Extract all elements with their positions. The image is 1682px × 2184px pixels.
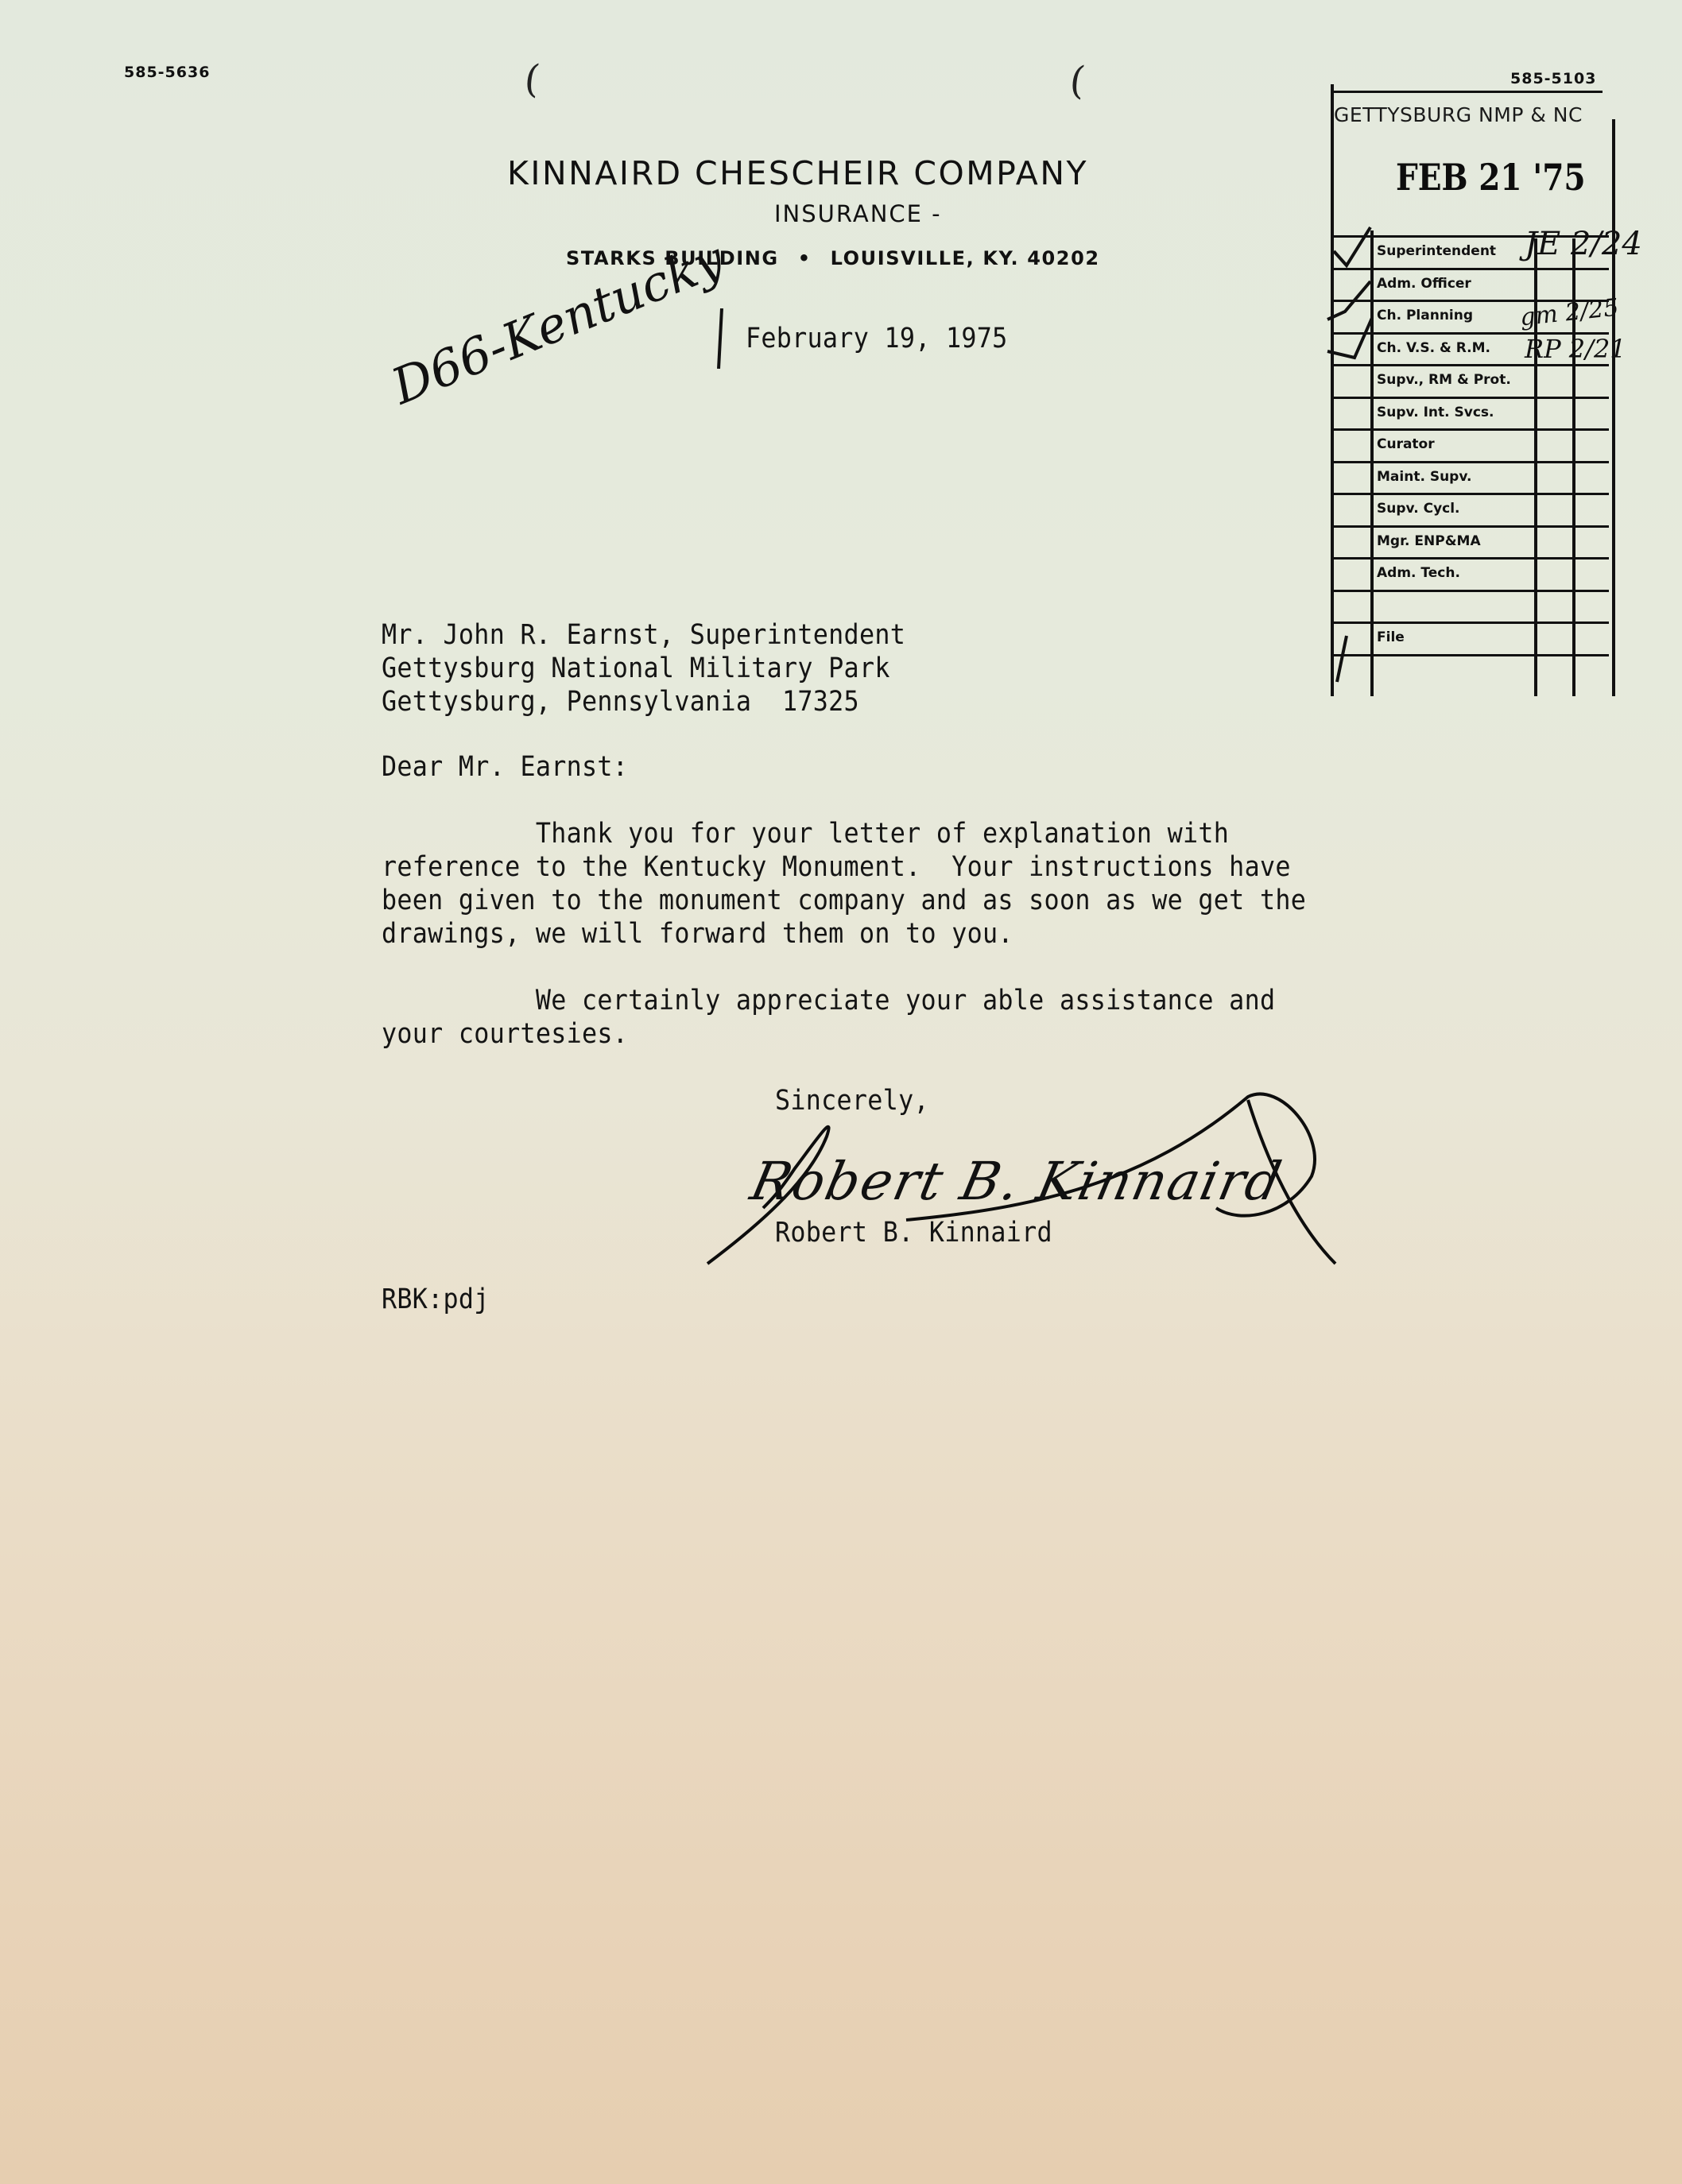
- phone-number-left: 585-5636: [124, 64, 210, 81]
- routing-row: Ch. V.S. & R.M.: [1377, 340, 1490, 372]
- punch-mark-left: (: [522, 57, 542, 102]
- routing-row: Superintendent: [1377, 243, 1496, 275]
- routing-row: Supv., RM & Prot.: [1377, 372, 1511, 404]
- punch-mark-right: (: [1068, 59, 1087, 103]
- handwritten-bar: [717, 308, 723, 369]
- address-separator: •: [798, 247, 812, 269]
- recipient-line: Mr. John R. Earnst, Superintendent: [382, 618, 905, 652]
- initials-superintendent: JE 2/24: [1525, 226, 1642, 262]
- checkmark-icon: [1327, 318, 1372, 358]
- routing-row: Maint. Supv.: [1377, 469, 1472, 501]
- stamp-office: GETTYSBURG NMP & NC: [1334, 103, 1583, 126]
- stamp-received-date: FEB 21 '75: [1396, 156, 1586, 199]
- routing-row: Supv. Int. Svcs.: [1377, 405, 1494, 436]
- signer-name: Robert B. Kinnaird: [775, 1216, 1052, 1249]
- letter-date: February 19, 1975: [746, 322, 1008, 355]
- handwritten-file-code: D66-Kentucky: [384, 230, 732, 416]
- body-paragraph-2: We certainly appreciate your able assist…: [382, 984, 1353, 1051]
- reference-initials: RBK:pdj: [382, 1283, 490, 1316]
- phone-number-right: 585-5103: [1510, 70, 1596, 87]
- recipient-address: Mr. John R. Earnst, Superintendent Getty…: [382, 618, 951, 718]
- initials-ch-vs-rm: RP 2/21: [1525, 334, 1626, 364]
- body-paragraph-1: Thank you for your letter of explanation…: [382, 817, 1386, 951]
- routing-row: Ch. Planning: [1377, 308, 1473, 339]
- recipient-line: Gettysburg National Military Park: [382, 652, 905, 685]
- company-name: KINNAIRD CHESCHEIR COMPANY: [507, 154, 1088, 192]
- signature: Robert B. Kinnaird: [746, 1151, 1288, 1212]
- address-city: LOUISVILLE, KY. 40202: [831, 247, 1100, 269]
- routing-row: Adm. Officer: [1377, 276, 1471, 308]
- routing-row: Mgr. ENP&MA: [1377, 533, 1481, 565]
- salutation: Dear Mr. Earnst:: [382, 750, 628, 784]
- checkmark-icons: [1323, 223, 1386, 683]
- checkmark-icon: [1327, 281, 1370, 319]
- checkmark-icon: [1337, 636, 1347, 682]
- routing-row: Adm. Tech.: [1377, 565, 1460, 597]
- checkmark-icon: [1334, 227, 1370, 265]
- recipient-line: Gettysburg, Pennsylvania 17325: [382, 685, 905, 718]
- company-line: INSURANCE -: [774, 200, 942, 227]
- routing-row: Supv. Cycl.: [1377, 501, 1460, 532]
